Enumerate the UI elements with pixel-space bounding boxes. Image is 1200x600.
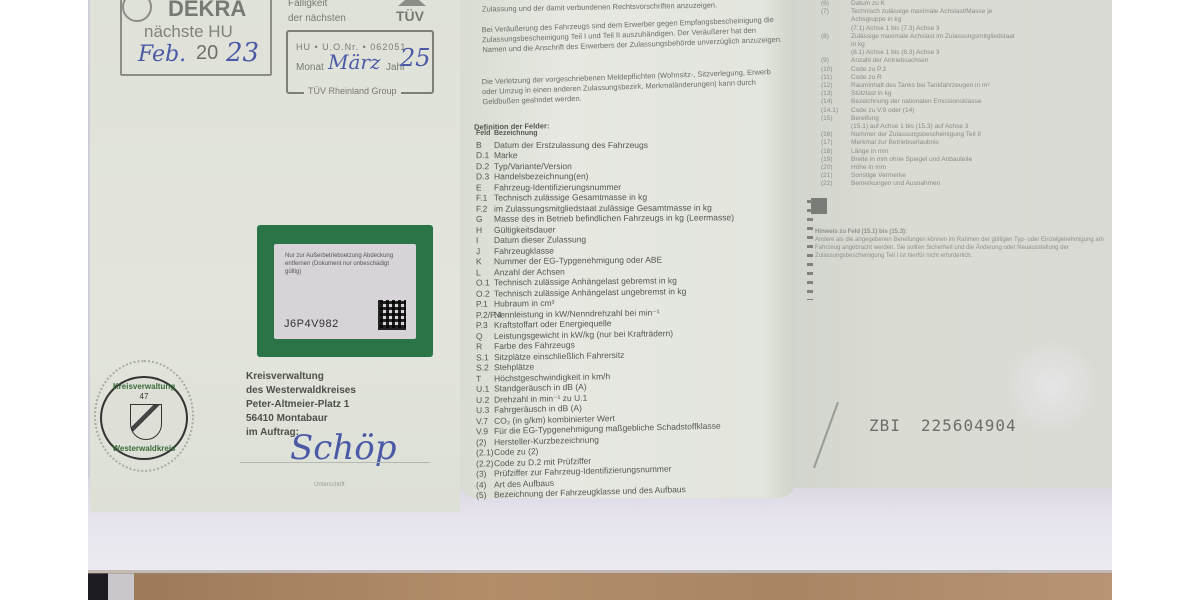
field-key: (11) (821, 74, 851, 82)
hologram-watermark-icon (1005, 340, 1099, 434)
field-key: J (464, 246, 494, 257)
signature-label: Unterschrift (314, 482, 345, 488)
field-key (821, 16, 851, 24)
field-key: (17) (821, 139, 851, 147)
field-row: (8.1) Achse 1 bis (8.3) Achse 3 (821, 49, 1111, 57)
field-value: Stehplätze (494, 362, 534, 373)
field-value: Fahrzeugklasse (494, 245, 554, 256)
field-value: Achsgruppe in kg (851, 16, 901, 24)
field-row: (10)Code zu P.3 (821, 66, 1111, 74)
field-row: (14.1)Code zu V.9 oder (14) (821, 107, 1111, 115)
field-value: Breite in mm ohne Spiegel und Anbauteile (851, 156, 972, 164)
field-key: (21) (821, 172, 851, 180)
tuv-line-1: Fälligkeit (288, 0, 327, 9)
field-value: Stützlast in kg (851, 90, 891, 98)
field-key: S.2 (464, 362, 494, 373)
field-value: Bemerkungen und Ausnahmen (851, 180, 940, 188)
seal-bottom-text: Westerwaldkreis (102, 444, 186, 453)
field-key (821, 41, 851, 49)
field-row: (7.1) Achse 1 bis (7.3) Achse 3 (821, 25, 1111, 33)
document-photo: DEKRA nächste HU Feb. 20 23 Fälligkeit d… (88, 0, 1112, 600)
security-label-cover: Nur zur Außerbetriebsetzung Abdeckung en… (274, 244, 416, 339)
field-row: (19)Breite in mm ohne Spiegel und Anbaut… (821, 156, 1111, 164)
field-row: (15.1) auf Achse 1 bis (15.3) auf Achse … (821, 123, 1111, 131)
field-row: D.3Handelsbezeichnung(en) (464, 171, 774, 182)
coat-of-arms-icon (130, 404, 162, 440)
middle-page: Zulassung und der damit verbundenen Rech… (460, 0, 795, 498)
field-key: (8) (821, 33, 851, 41)
field-key: (20) (821, 164, 851, 172)
field-value: Datum zu K (851, 0, 885, 8)
field-key: V.7 (464, 415, 494, 426)
field-key: I (464, 235, 494, 246)
field-key: (15) (821, 115, 851, 123)
field-value: in kg (851, 41, 865, 49)
paragraph: Die Verletzung der vorgeschriebenen Meld… (482, 67, 783, 107)
security-label-text: Nur zur Außerbetriebsetzung Abdeckung en… (285, 252, 395, 276)
field-value: Code zu V.9 oder (14) (851, 107, 914, 115)
security-label: Nur zur Außerbetriebsetzung Abdeckung en… (257, 225, 433, 357)
field-key: (9) (821, 57, 851, 65)
datamatrix-code-icon (378, 300, 406, 330)
field-key: U.2 (464, 394, 494, 405)
field-value: Merkmal zur Betriebserlaubnis (851, 139, 939, 147)
field-value: Sonstige Vermerke (851, 172, 906, 180)
field-key (821, 25, 851, 33)
field-key: O.1 (464, 277, 494, 288)
datamatrix-code-icon (811, 198, 827, 214)
tuv-line-2: der nächsten (288, 13, 346, 24)
field-key: B (464, 140, 494, 151)
field-value: Gültigkeitsdauer (494, 224, 555, 235)
document-serial: ZBI225604904 (869, 416, 1017, 435)
field-row: (18)Länge in mm (821, 148, 1111, 156)
tyre-note-title: Hinweis zu Feld (15.1) bis (15.3): (815, 228, 1105, 236)
field-key: P.1 (464, 299, 494, 310)
field-key: O.2 (464, 288, 494, 299)
field-value: Zulässige maximale Achslast im Zulassung… (851, 33, 1015, 41)
field-key: D.3 (464, 171, 494, 182)
field-value: Code zu R (851, 74, 882, 82)
field-key: E (464, 182, 494, 193)
field-value: Technisch zulässige maximale Achslast/Ma… (851, 8, 992, 16)
field-row: (16)Nummer der Zulassungsbescheinigung T… (821, 131, 1111, 139)
dekra-brand: DEKRA (168, 0, 246, 22)
field-value: Code zu (2) (494, 446, 539, 458)
authority-line: des Westerwaldkreises (246, 384, 356, 398)
field-value: Anzahl der Achsen (494, 266, 565, 277)
official-seal: Kreisverwaltung 47 Westerwaldkreis (94, 360, 194, 472)
field-value: (7.1) Achse 1 bis (7.3) Achse 3 (851, 25, 940, 33)
right-field-list: (6)Datum zu K(7)Technisch zulässige maxi… (821, 0, 1111, 189)
field-key: L (464, 267, 494, 278)
signature-line (240, 462, 430, 463)
field-row: (14)Bezeichnung der nationalen Emissions… (821, 98, 1111, 106)
field-row: (17)Merkmal zur Betriebserlaubnis (821, 139, 1111, 147)
field-row: (6)Datum zu K (821, 0, 1111, 8)
dekra-logo-icon (122, 0, 152, 22)
field-key: F.1 (464, 193, 494, 204)
field-value: Typ/Variante/Version (494, 161, 572, 172)
field-key (821, 49, 851, 57)
tuv-inspection-stamp: Fälligkeit der nächsten TÜV HU • U.O.Nr.… (286, 0, 438, 102)
field-list: BDatum der Erstzulassung des FahrzeugsD.… (464, 140, 774, 497)
field-row: (9)Anzahl der Antriebsachsen (821, 57, 1111, 65)
field-key: D.1 (464, 150, 494, 161)
field-value: Anzahl der Antriebsachsen (851, 57, 928, 65)
paper-edge (88, 570, 1112, 574)
field-key: V.9 (464, 426, 494, 437)
field-row: D.2Typ/Variante/Version (464, 160, 774, 171)
field-value: (15.1) auf Achse 1 bis (15.3) auf Achse … (851, 123, 968, 131)
field-key: H (464, 224, 494, 235)
field-value: Datum dieser Zulassung (494, 234, 586, 245)
dekra-month-handwritten: Feb. (138, 42, 186, 67)
field-value: (8.1) Achse 1 bis (8.3) Achse 3 (851, 49, 940, 57)
right-page: (6)Datum zu K(7)Technisch zulässige maxi… (795, 0, 1112, 488)
field-key: F.2 (464, 203, 494, 214)
security-line (813, 402, 839, 468)
authority-line: Peter-Altmeier-Platz 1 (246, 398, 356, 412)
field-row: (13)Stützlast in kg (821, 90, 1111, 98)
seal-ring: Kreisverwaltung 47 Westerwaldkreis (100, 376, 188, 460)
field-value: Marke (494, 150, 518, 161)
field-value: Nummer der Zulassungsbescheinigung Teil … (851, 131, 981, 139)
tuv-logo-icon (398, 0, 426, 6)
field-key: (2.2) (464, 458, 494, 469)
field-key: (14) (821, 98, 851, 106)
paragraph: Bei Veräußerung des Fahrzeugs sind dem E… (482, 15, 783, 55)
tuv-brand: TÜV (396, 8, 424, 24)
field-value: Bezeichnung der nationalen Emissionsklas… (851, 98, 981, 106)
field-row: (22)Bemerkungen und Ausnahmen (821, 180, 1111, 188)
field-row: (12)Rauminhalt des Tanks bei Tankfahrzeu… (821, 82, 1111, 90)
field-key: P.2/P.4 (464, 309, 494, 320)
tyre-note-text: Andere als die angegebenen Bereifungen k… (815, 236, 1105, 260)
field-row: (20)Höhe in mm (821, 164, 1111, 172)
serial-number: 225604904 (921, 416, 1017, 435)
field-key: U.3 (464, 405, 494, 416)
field-value: Hubraum in cm³ (494, 298, 555, 309)
tuv-month-label: Monat (296, 62, 324, 73)
tuv-month-handwritten: März (328, 50, 381, 74)
dekra-inspection-stamp: DEKRA nächste HU Feb. 20 23 (120, 0, 272, 76)
field-row: Achsgruppe in kg (821, 16, 1111, 24)
field-key (821, 123, 851, 131)
tyre-note: Hinweis zu Feld (15.1) bis (15.3): Ander… (815, 228, 1105, 260)
microprint-strip (807, 200, 813, 300)
field-key: T (464, 373, 494, 384)
field-key: R (464, 341, 494, 352)
dekra-year-handwritten: 23 (226, 38, 259, 68)
dekra-label: nächste HU (144, 22, 233, 42)
paragraph: Zulassung und der damit verbundenen Rech… (482, 0, 782, 15)
field-value: Bereifung (851, 115, 879, 123)
field-definitions: Definition der Felder: Feld Bezeichnung … (464, 120, 774, 497)
security-label-code: J6P4V982 (284, 318, 339, 330)
field-row: (8)Zulässige maximale Achslast im Zulass… (821, 33, 1111, 41)
serial-prefix: ZBI (869, 416, 901, 435)
authority-line: Kreisverwaltung (246, 370, 356, 384)
left-page: DEKRA nächste HU Feb. 20 23 Fälligkeit d… (90, 0, 460, 512)
field-key: Q (464, 330, 494, 341)
field-key: (3) (464, 468, 494, 479)
field-key: (19) (821, 156, 851, 164)
tuv-date-box: HU • U.O.Nr. • 062051 Monat März Jahr 25 (286, 30, 434, 94)
dekra-year-prefix: 20 (196, 42, 218, 65)
field-value: Höhe in mm (851, 164, 886, 172)
field-row: in kg (821, 41, 1111, 49)
field-row: F.1Technisch zulässige Gesamtmasse in kg (464, 191, 774, 203)
field-value: Länge in mm (851, 148, 889, 156)
field-key: (22) (821, 180, 851, 188)
field-key: (7) (821, 8, 851, 16)
field-value: Farbe des Fahrzeugs (494, 340, 575, 352)
field-row: BDatum der Erstzulassung des Fahrzeugs (464, 140, 774, 151)
seal-top-text: Kreisverwaltung (102, 382, 186, 391)
field-key: (10) (821, 66, 851, 74)
field-value: Datum der Erstzulassung des Fahrzeugs (494, 140, 648, 151)
field-key: (18) (821, 148, 851, 156)
field-key: (4) (464, 479, 494, 490)
field-key: (14.1) (821, 107, 851, 115)
field-value: Rauminhalt des Tanks bei Tankfahrzeugen … (851, 82, 990, 90)
field-value: Technisch zulässige Gesamtmasse in kg (494, 192, 647, 203)
field-key: (12) (821, 82, 851, 90)
field-key: K (464, 256, 494, 267)
authority-line: 56410 Montabaur (246, 412, 356, 426)
field-value: Code zu P.3 (851, 66, 886, 74)
field-key: (6) (821, 0, 851, 8)
field-key: (16) (821, 131, 851, 139)
field-key: P.3 (464, 320, 494, 331)
field-key: (2) (464, 437, 494, 448)
field-key: D.2 (464, 161, 494, 172)
field-value: Fahrzeug-Identifizierungsnummer (494, 181, 621, 192)
field-row: (21)Sonstige Vermerke (821, 172, 1111, 180)
field-key: (13) (821, 90, 851, 98)
field-key: G (464, 214, 494, 225)
field-key: (2.1) (464, 447, 494, 458)
field-key: (5) (464, 490, 494, 501)
field-row: (15)Bereifung (821, 115, 1111, 123)
field-row: (11)Code zu R (821, 74, 1111, 82)
field-row: (7)Technisch zulässige maximale Achslast… (821, 8, 1111, 16)
field-row: D.1Marke (464, 150, 774, 161)
seal-number: 47 (102, 392, 186, 401)
field-key: S.1 (464, 352, 494, 363)
field-value: Handelsbezeichnung(en) (494, 171, 589, 182)
tuv-year-handwritten: 25 (400, 44, 431, 72)
field-key: U.1 (464, 384, 494, 395)
tuv-footer: TÜV Rheinland Group (304, 86, 401, 96)
